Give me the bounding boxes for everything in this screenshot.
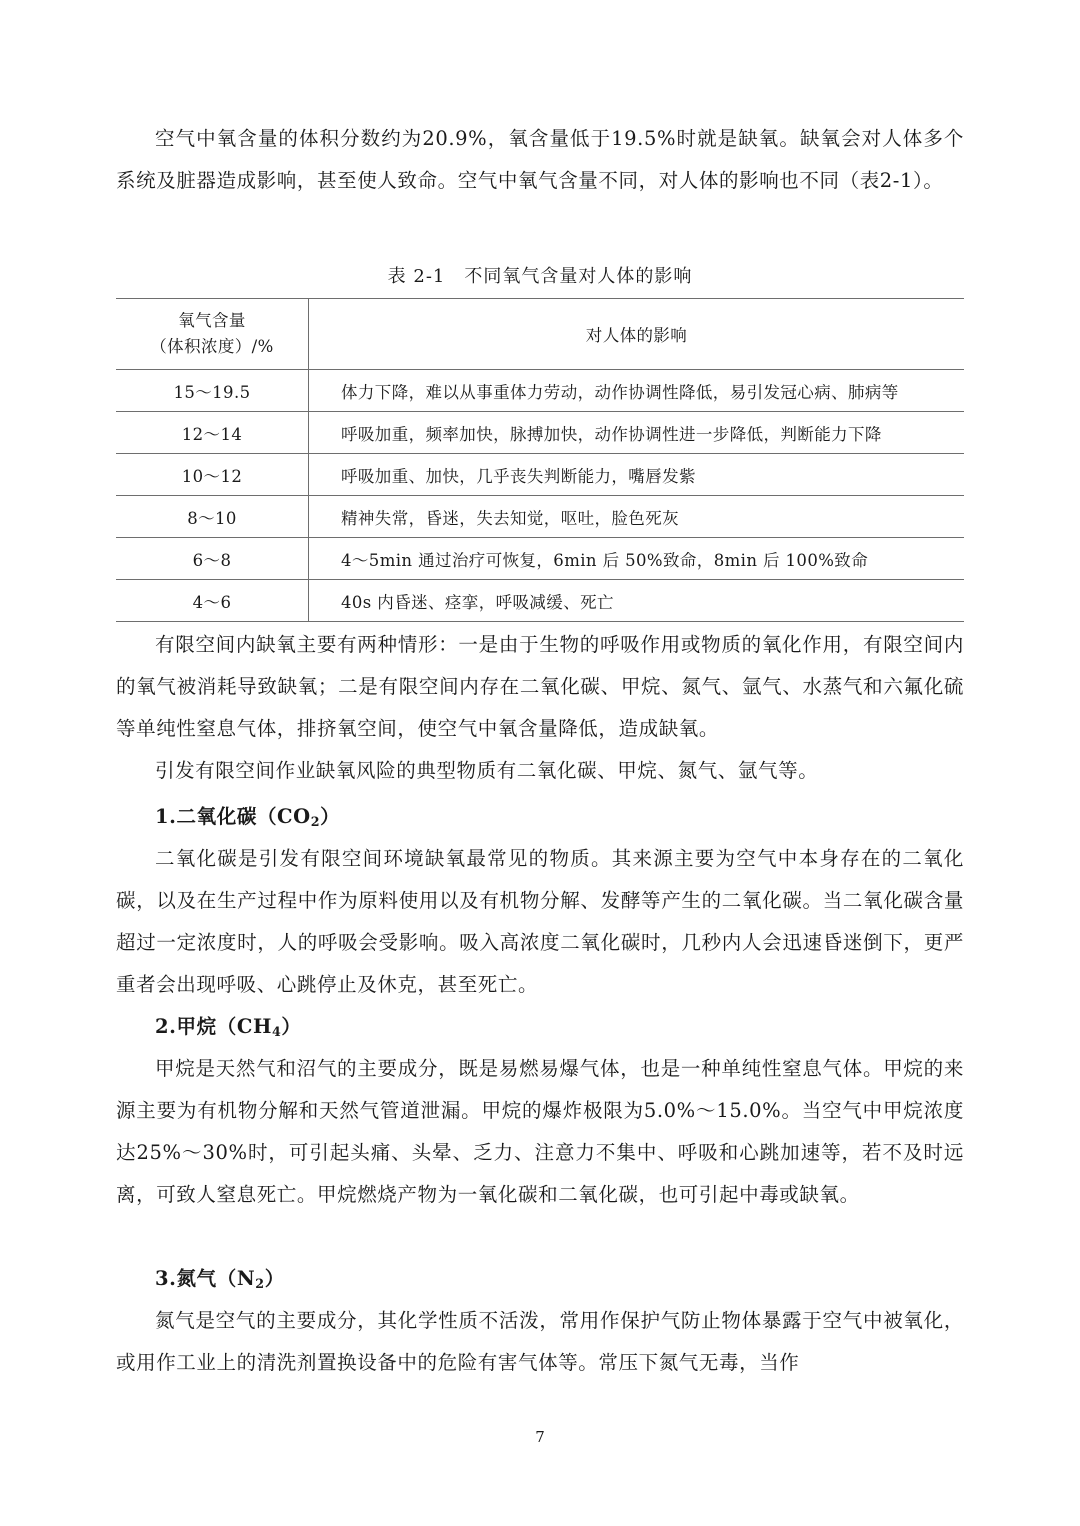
intro-paragraph: 空气中氧含量的体积分数约为20.9%，氧含量低于19.5%时就是缺氧。缺氧会对人… [116, 118, 964, 202]
section-heading-n2: 3.氮气（N2） [116, 1258, 964, 1305]
heading-n2-subscript: 2 [255, 1276, 264, 1291]
heading-ch4-subscript: 4 [272, 1024, 281, 1039]
table-row: 10～12 呼吸加重、加快，几乎丧失判断能力，嘴唇发紫 [116, 454, 964, 496]
cell-effect: 精神失常，昏迷，失去知觉，呕吐，脸色死灰 [309, 496, 965, 538]
co2-paragraph: 二氧化碳是引发有限空间环境缺氧最常见的物质。其来源主要为空气中本身存在的二氧化碳… [116, 838, 964, 1006]
table-row: 15～19.5 体力下降，难以从事重体力劳动，动作协调性降低，易引发冠心病、肺病… [116, 370, 964, 412]
heading-n2-suffix: ） [265, 1267, 285, 1290]
typical-substances-paragraph: 引发有限空间作业缺氧风险的典型物质有二氧化碳、甲烷、氮气、氩气等。 [116, 750, 964, 792]
cell-range: 12～14 [116, 412, 309, 454]
heading-co2-prefix: 1.二氧化碳（CO [155, 805, 311, 828]
table-row: 8～10 精神失常，昏迷，失去知觉，呕吐，脸色死灰 [116, 496, 964, 538]
page-number: 7 [0, 1428, 1080, 1446]
section-heading-ch4: 2.甲烷（CH4） [116, 1006, 964, 1053]
heading-n2-prefix: 3.氮气（N [155, 1267, 255, 1290]
cell-effect: 呼吸加重、加快，几乎丧失判断能力，嘴唇发紫 [309, 454, 965, 496]
header-oxygen-content-line2: （体积浓度）/% [116, 334, 308, 360]
table-header-row: 氧气含量 （体积浓度）/% 对人体的影响 [116, 299, 964, 370]
cell-effect: 呼吸加重，频率加快，脉搏加快，动作协调性进一步降低，判断能力下降 [309, 412, 965, 454]
cell-effect: 体力下降，难以从事重体力劳动，动作协调性降低，易引发冠心病、肺病等 [309, 370, 965, 412]
document-page: 空气中氧含量的体积分数约为20.9%，氧含量低于19.5%时就是缺氧。缺氧会对人… [0, 0, 1080, 1526]
ch4-paragraph: 甲烷是天然气和沼气的主要成分，既是易燃易爆气体，也是一种单纯性窒息气体。甲烷的来… [116, 1048, 964, 1216]
heading-co2-subscript: 2 [311, 814, 320, 829]
table-row: 6～8 4～5min 通过治疗可恢复，6min 后 50%致命，8min 后 1… [116, 538, 964, 580]
cell-range: 6～8 [116, 538, 309, 580]
table-caption: 表 2-1 不同氧气含量对人体的影响 [116, 262, 964, 292]
heading-ch4-prefix: 2.甲烷（CH [155, 1015, 272, 1038]
n2-paragraph: 氮气是空气的主要成分，其化学性质不活泼，常用作保护气防止物体暴露于空气中被氧化，… [116, 1300, 964, 1384]
table-row: 4～6 40s 内昏迷、痉挛，呼吸减缓、死亡 [116, 580, 964, 622]
header-oxygen-content: 氧气含量 （体积浓度）/% [116, 299, 309, 370]
cell-effect: 4～5min 通过治疗可恢复，6min 后 50%致命，8min 后 100%致… [309, 538, 965, 580]
cell-range: 15～19.5 [116, 370, 309, 412]
cell-range: 8～10 [116, 496, 309, 538]
oxygen-deficiency-causes-paragraph: 有限空间内缺氧主要有两种情形：一是由于生物的呼吸作用或物质的氧化作用，有限空间内… [116, 624, 964, 750]
heading-co2-suffix: ） [320, 805, 340, 828]
cell-effect: 40s 内昏迷、痉挛，呼吸减缓、死亡 [309, 580, 965, 622]
table-row: 12～14 呼吸加重，频率加快，脉搏加快，动作协调性进一步降低，判断能力下降 [116, 412, 964, 454]
cell-range: 10～12 [116, 454, 309, 496]
cell-range: 4～6 [116, 580, 309, 622]
header-effect: 对人体的影响 [309, 299, 965, 370]
header-oxygen-content-line1: 氧气含量 [116, 308, 308, 334]
section-heading-co2: 1.二氧化碳（CO2） [116, 796, 964, 843]
oxygen-effects-table: 氧气含量 （体积浓度）/% 对人体的影响 15～19.5 体力下降，难以从事重体… [116, 298, 964, 622]
heading-ch4-suffix: ） [281, 1015, 301, 1038]
